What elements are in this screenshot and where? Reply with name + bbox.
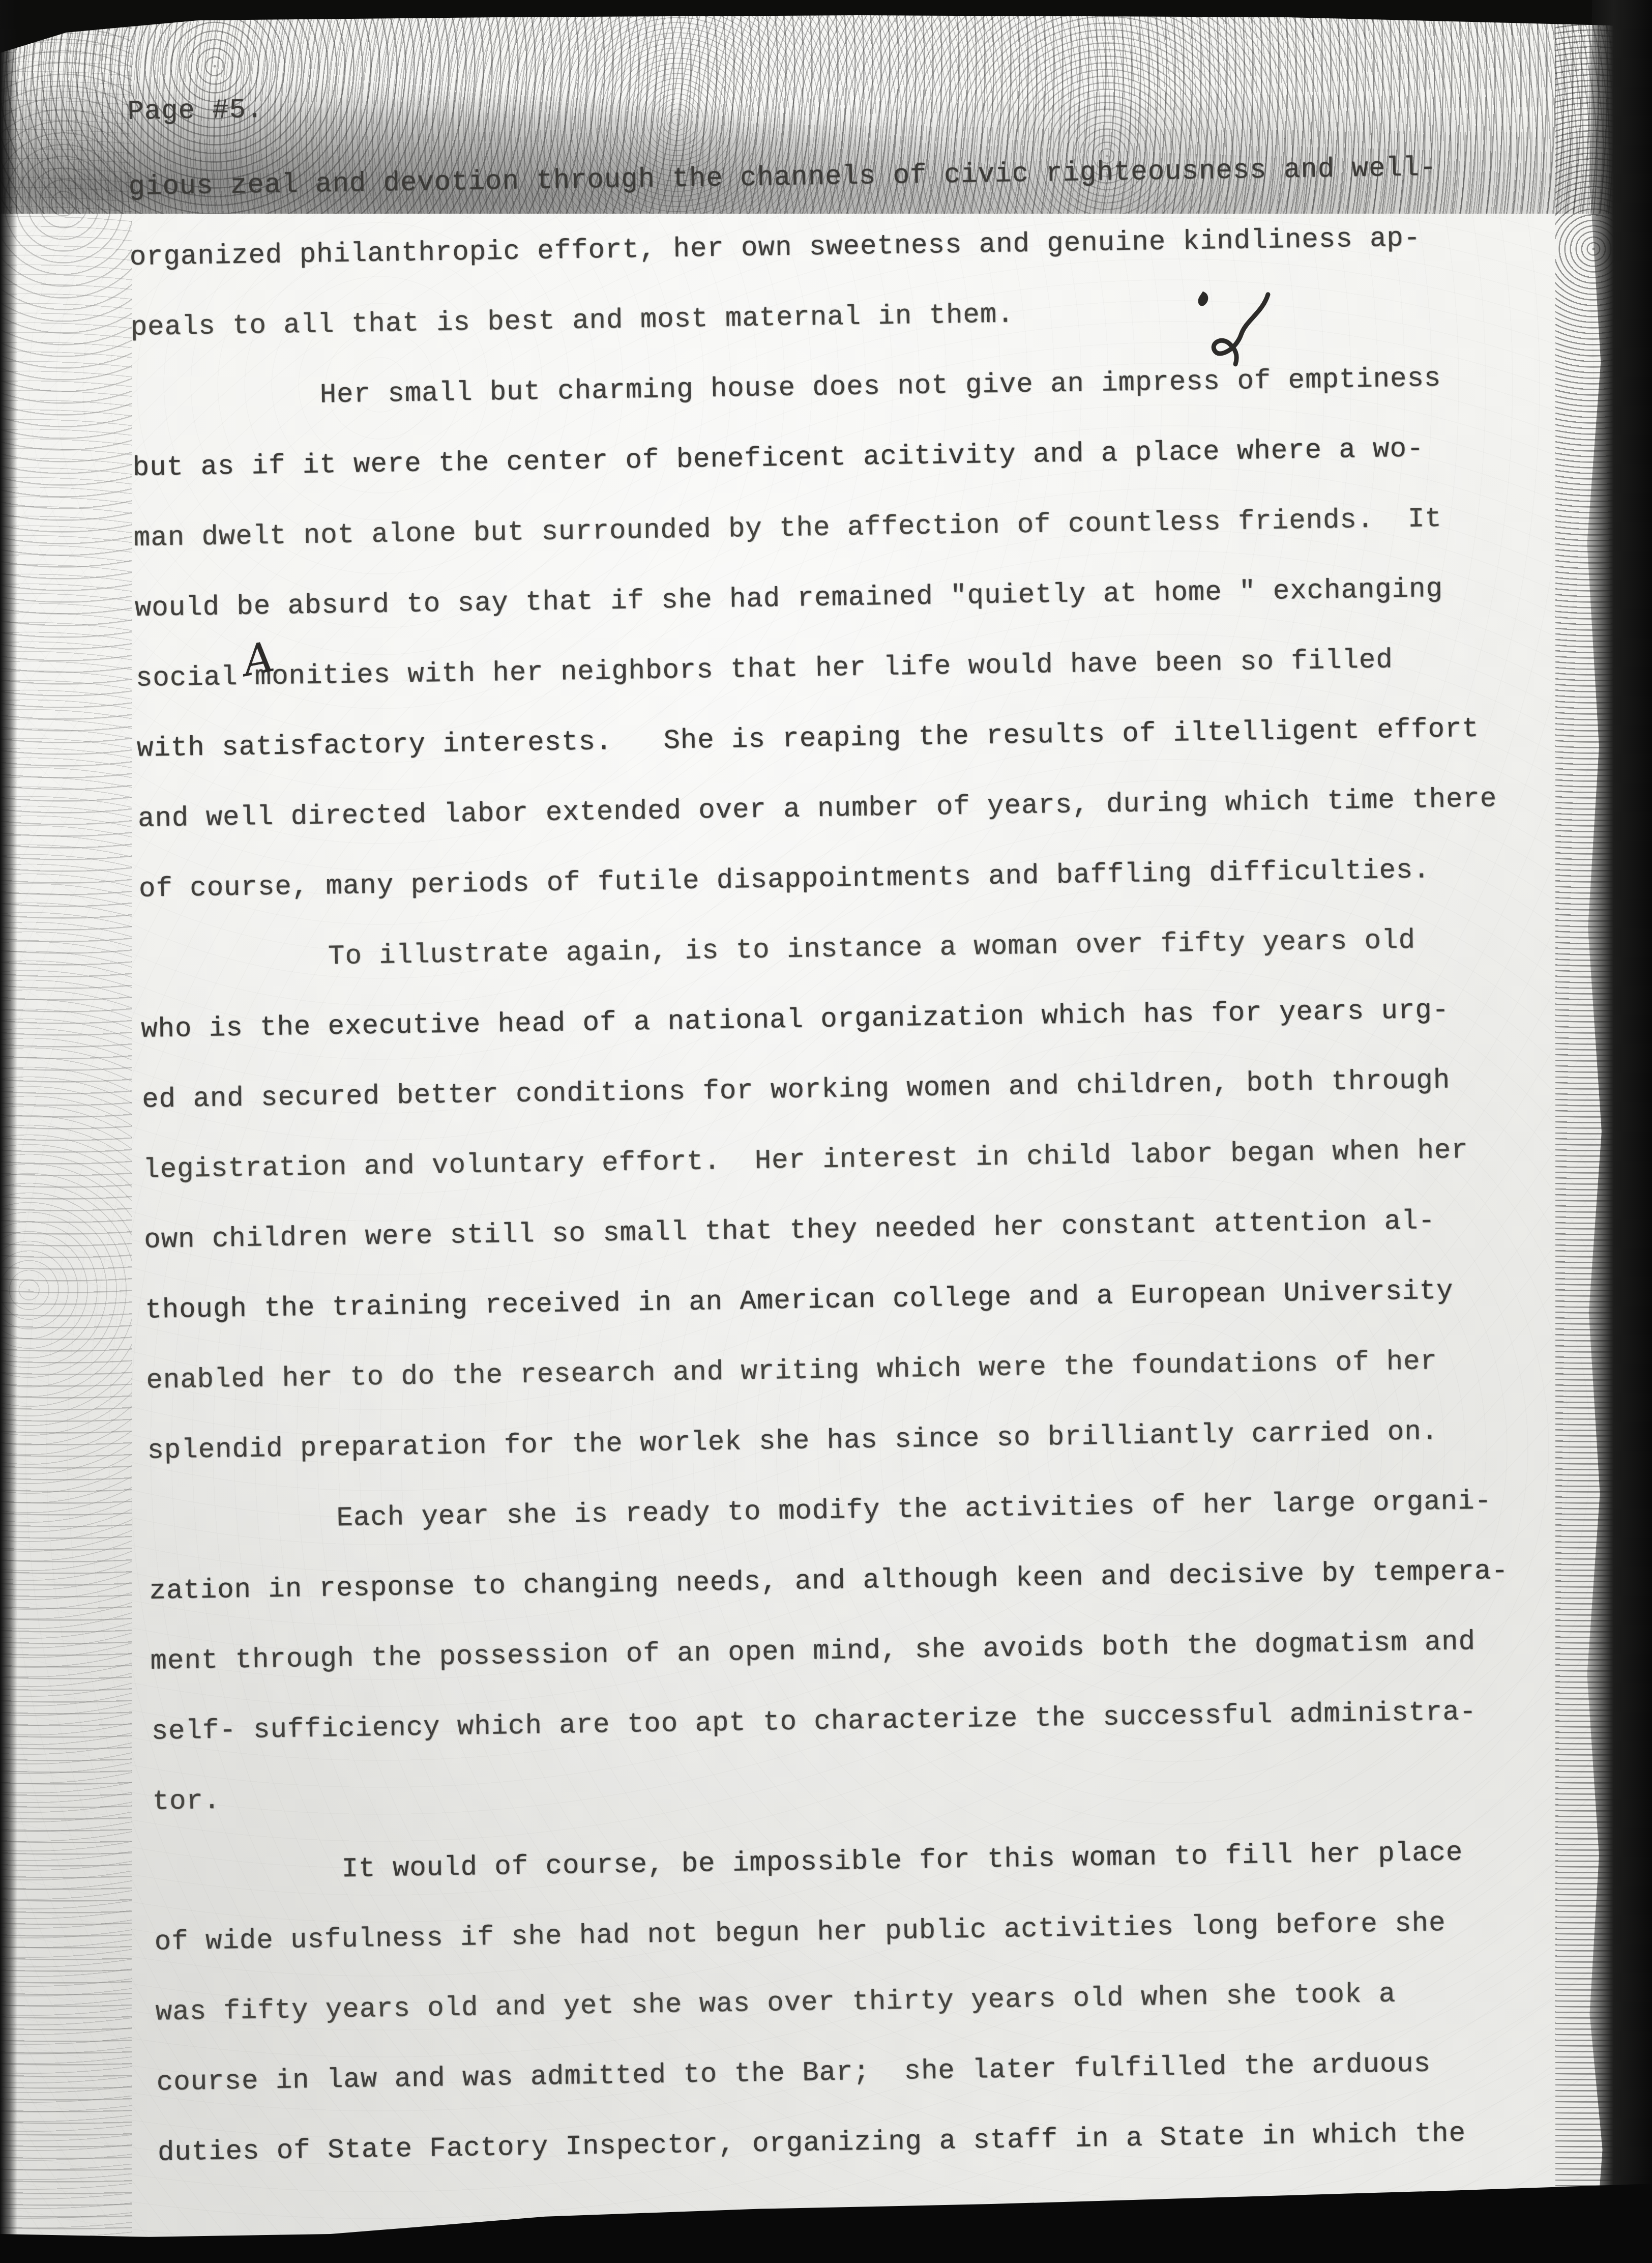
typed-text-block: gious zeal and devotion through the chan… [128, 136, 1562, 2193]
scanned-typewritten-page: Page #5. gious zeal and devotion through… [0, 0, 1652, 2263]
typed-content: Page #5. gious zeal and devotion through… [127, 76, 1562, 2193]
